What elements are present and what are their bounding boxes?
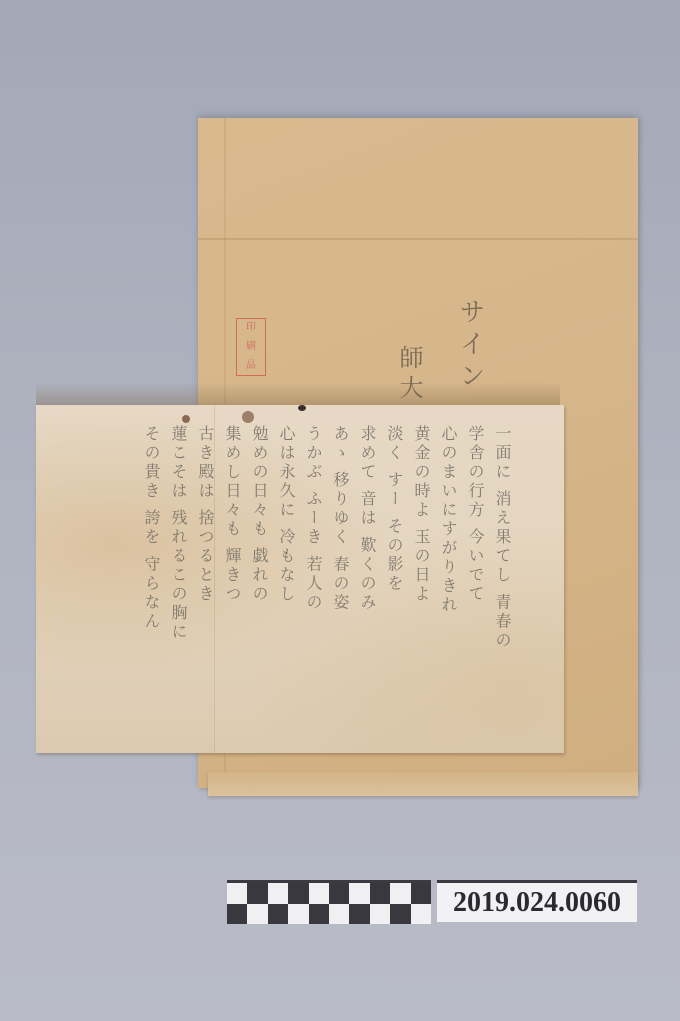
envelope-fold-line [198,238,638,240]
scale-square-dark [227,904,247,925]
scale-square-light [309,883,329,904]
scale-square-dark [268,904,288,925]
poem-line: うかぶ ふーき 若人の [301,425,325,725]
poem-line: 集めし日々も 輝きつ [220,425,244,725]
scale-square-light [227,883,247,904]
scale-square-dark [309,904,329,925]
poem-line: 蓮こそは 残れるこの胸に [166,425,190,725]
poem-line: 淡く すー その影を [382,425,406,725]
scale-square-light [411,904,431,925]
stamp-char: 刷 [246,342,256,352]
printed-matter-stamp: 印 刷 品 [236,318,266,376]
envelope-handwriting-sign: サイン [452,298,489,394]
scale-square-light [288,904,308,925]
scale-square-light [370,904,390,925]
stain-spot [242,411,254,423]
poem-line: 黄金の時よ 玉の日よ [409,425,433,725]
stamp-char: 品 [246,361,256,371]
scale-square-light [329,904,349,925]
poem-line: 学舎の行方 今いでて [463,425,487,725]
scale-square-light [390,883,410,904]
poem-line: 古き殿は 捨つるとき [193,425,217,725]
stamp-char: 印 [246,323,256,333]
accession-number-label: 2019.024.0060 [437,880,637,922]
stain-spot [298,405,306,411]
poem-line: あゝ 移りゆく 春の姿 [328,425,352,725]
scale-square-light [247,904,267,925]
scale-square-light [349,883,369,904]
poem-line: 心のまいにすがりきれ [436,425,460,725]
poem-line: 心は永久に 冷もなし [274,425,298,725]
handwritten-poem: 一面に 消え果てし 青春の 学舎の行方 今いでて 心のまいにすがりきれ 黄金の時… [94,425,514,725]
scale-square-dark [349,904,369,925]
poem-line: その貴き 誇を 守らなん [139,425,163,725]
scale-square-dark [288,883,308,904]
checker-scale-bar [227,880,431,924]
scale-square-dark [370,883,390,904]
poem-line: 求めて 音は 歎くのみ [355,425,379,725]
scale-square-dark [247,883,267,904]
poem-line: 勉めの日々も 戯れの [247,425,271,725]
handwritten-sheet: 一面に 消え果てし 青春の 学舎の行方 今いでて 心のまいにすがりきれ 黄金の時… [36,405,564,753]
stain-spot [182,415,190,423]
envelope-bottom-edge [208,772,638,796]
scale-square-dark [411,883,431,904]
scale-square-dark [390,904,410,925]
poem-line: 一面に 消え果てし 青春の [490,425,514,725]
scale-square-dark [329,883,349,904]
scale-square-light [268,883,288,904]
